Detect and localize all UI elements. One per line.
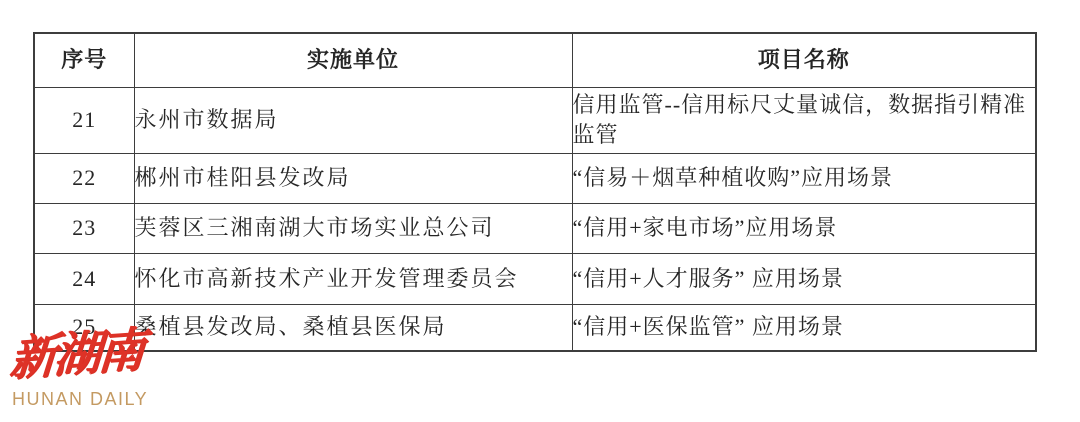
hunan-daily-logo: 新湖南 HUNAN DAILY [8, 334, 188, 410]
unit-cell: 郴州市桂阳县发改局 [134, 153, 572, 203]
column-header-unit: 实施单位 [134, 33, 572, 87]
column-header-serial: 序号 [34, 33, 134, 87]
unit-cell: 桑植县发改局、桑植县医保局 [134, 304, 572, 351]
table-row: 23 芙蓉区三湘南湖大市场实业总公司 “信用+家电市场”应用场景 [34, 203, 1036, 253]
table-row: 24 怀化市高新技术产业开发管理委员会 “信用+人才服务” 应用场景 [34, 253, 1036, 304]
project-cell: “信用+家电市场”应用场景 [572, 203, 1036, 253]
serial-cell: 21 [34, 87, 134, 153]
unit-cell: 芙蓉区三湘南湖大市场实业总公司 [134, 203, 572, 253]
credit-projects-table-container: 序号 实施单位 项目名称 21 永州市数据局 信用监管--信用标尺丈量诚信，数据… [33, 32, 1035, 352]
project-cell: “信用+医保监管” 应用场景 [572, 304, 1036, 351]
unit-cell: 永州市数据局 [134, 87, 572, 153]
credit-projects-table: 序号 实施单位 项目名称 21 永州市数据局 信用监管--信用标尺丈量诚信，数据… [33, 32, 1037, 352]
serial-cell: 24 [34, 253, 134, 304]
hunan-daily-logo-english: HUNAN DAILY [12, 389, 188, 410]
project-cell: “信易＋烟草种植收购”应用场景 [572, 153, 1036, 203]
unit-cell: 怀化市高新技术产业开发管理委员会 [134, 253, 572, 304]
project-cell: 信用监管--信用标尺丈量诚信，数据指引精准监管 [572, 87, 1036, 153]
serial-cell: 23 [34, 203, 134, 253]
table-row: 21 永州市数据局 信用监管--信用标尺丈量诚信，数据指引精准监管 [34, 87, 1036, 153]
column-header-project: 项目名称 [572, 33, 1036, 87]
table-header-row: 序号 实施单位 项目名称 [34, 33, 1036, 87]
table-row: 22 郴州市桂阳县发改局 “信易＋烟草种植收购”应用场景 [34, 153, 1036, 203]
project-cell: “信用+人才服务” 应用场景 [572, 253, 1036, 304]
serial-cell: 22 [34, 153, 134, 203]
hunan-daily-logo-chinese: 新湖南 [8, 324, 143, 385]
